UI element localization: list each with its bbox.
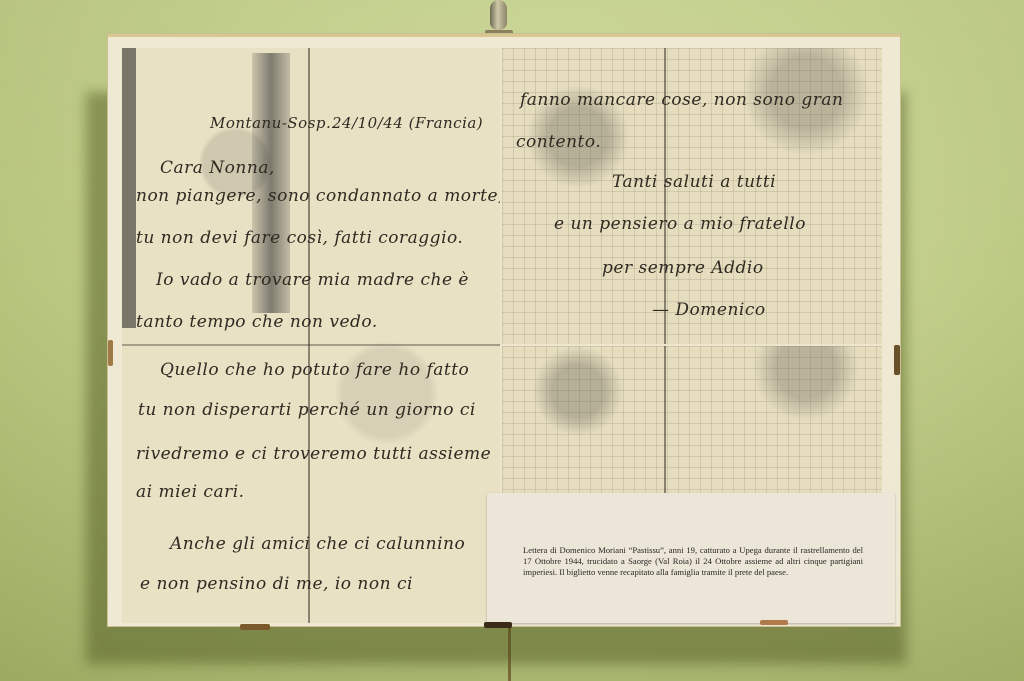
frame-clip [108,340,113,366]
picture-hanger [485,0,513,38]
letter-line: Quello che ho potuto fare ho fatto [160,360,469,380]
letter-line: tanto tempo che non vedo. [136,312,378,332]
fold-line [122,344,500,346]
frame-clip [240,624,270,630]
letter-line: per sempre Addio [602,258,764,278]
frame-clip [760,620,788,625]
letter-right-bottom-page [502,346,882,496]
letter-line: non piangere, sono condannato a morte, [136,186,500,206]
letter-line: e non pensino di me, io non ci [140,574,413,594]
letter-line: Io vado a trovare mia madre che è [156,270,469,290]
letter-date: 24/10/44 (Francia) [332,114,483,132]
frame-clip [484,622,512,628]
scan-shadow-strip [122,48,136,328]
letter-line: e un pensiero a mio fratello [554,214,806,234]
letter-left-page: Montanu-Sosp.. 24/10/44 (Francia) Cara N… [122,48,500,623]
letter-line: ai miei cari. [136,482,245,502]
fold-line [664,346,666,496]
letter-line: fanno mancare cose, non sono gran [520,90,843,110]
letter-line: tu non disperarti perché un giorno ci [138,400,476,420]
letter-signature: — Domenico [652,300,766,320]
letter-line: tu non devi fare così, fatti coraggio. [136,228,463,248]
caption-text: Lettera di Domenico Moriani “Pastissu”, … [523,545,863,578]
caption-card: Lettera di Domenico Moriani “Pastissu”, … [487,493,895,623]
letter-line: Cara Nonna, [160,158,275,178]
letter-right-top-page: fanno mancare cose, non sono gran conten… [502,48,882,344]
letter-line: rivedremo e ci troveremo tutti assieme [136,444,491,464]
letter-place: Montanu-Sosp.. [210,114,337,132]
frame-clip [894,345,900,375]
hanger-hook [490,0,507,30]
letter-line: Tanti saluti a tutti [612,172,776,192]
letter-line: contento. [516,132,601,152]
letter-line: Anche gli amici che ci calunnino [170,534,465,554]
